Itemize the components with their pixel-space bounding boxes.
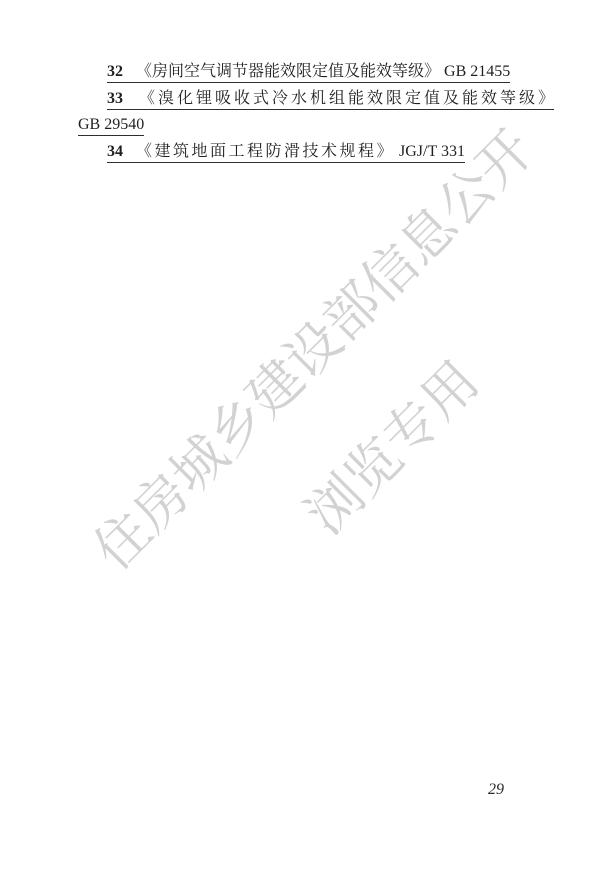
reference-item-33-code-line: GB 29540 — [78, 112, 554, 139]
reference-entry-underlined: GB 29540 — [78, 116, 144, 136]
reference-number: 33 — [107, 90, 123, 107]
reference-title: 《溴化锂吸收式冷水机组能效限定值及能效等级》 — [136, 90, 554, 107]
reference-number: 32 — [107, 63, 123, 80]
reference-title: 《建筑地面工程防滑技术规程》 — [136, 143, 395, 160]
reference-entry-underlined: 32《房间空气调节器能效限定值及能效等级》GB 21455 — [107, 63, 510, 83]
reference-code: JGJ/T 331 — [399, 143, 465, 160]
reference-list: 32《房间空气调节器能效限定值及能效等级》GB 21455 33《溴化锂吸收式冷… — [78, 59, 554, 165]
watermark-line-2: 浏览专用 — [298, 353, 489, 544]
reference-number: 34 — [107, 143, 123, 160]
reference-entry-underlined: 33《溴化锂吸收式冷水机组能效限定值及能效等级》 — [107, 90, 554, 110]
reference-item-32: 32《房间空气调节器能效限定值及能效等级》GB 21455 — [78, 59, 554, 86]
reference-title: 《房间空气调节器能效限定值及能效等级》 — [136, 63, 440, 80]
reference-code: GB 29540 — [78, 116, 144, 133]
reference-code: GB 21455 — [444, 63, 510, 80]
page-number: 29 — [488, 781, 504, 799]
reference-item-33-title-line: 33《溴化锂吸收式冷水机组能效限定值及能效等级》 — [78, 86, 554, 113]
document-page: 住房城乡建设部信息公开 浏览专用 32《房间空气调节器能效限定值及能效等级》GB… — [0, 0, 600, 869]
reference-item-34: 34《建筑地面工程防滑技术规程》JGJ/T 331 — [78, 139, 554, 166]
reference-entry-underlined: 34《建筑地面工程防滑技术规程》JGJ/T 331 — [107, 143, 465, 163]
